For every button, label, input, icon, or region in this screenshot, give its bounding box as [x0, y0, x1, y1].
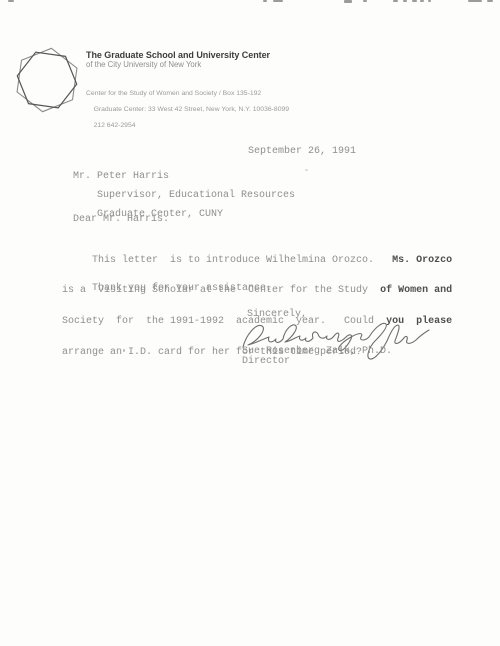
scanned-letter-page: The Graduate School and University Cente…: [0, 0, 500, 646]
thank-you-line: Thank you for your assistance.: [62, 284, 272, 294]
scan-artifact: [487, 0, 493, 2]
emphasized-text: you please: [386, 316, 452, 327]
emphasized-text: of Women and: [380, 285, 452, 296]
letter-date: September 26, 1991: [248, 147, 356, 157]
scan-artifact: [344, 0, 352, 3]
recipient-name: Mr. Peter Harris: [73, 171, 169, 182]
org-subtitle: of the City University of New York: [86, 60, 201, 69]
scan-artifact: [412, 0, 417, 2]
org-name: The Graduate School and University Cente…: [86, 50, 270, 60]
scan-artifact: [403, 0, 407, 2]
dept-line: Center for the Study of Women and Societ…: [86, 90, 261, 97]
letterhead-contact-block: Center for the Study of Women and Societ…: [86, 90, 289, 138]
scan-artifact: [468, 0, 482, 2]
scan-artifact: [273, 0, 283, 2]
valediction: Sincerely,: [247, 310, 307, 320]
recipient-title: Supervisor, Educational Resources: [97, 190, 295, 201]
overlapping-hexagons-logo: [14, 46, 80, 114]
emphasized-text: Ms. Orozco: [392, 255, 452, 266]
scan-artifact: [263, 0, 267, 2]
signer-title: Director: [242, 357, 290, 367]
scan-artifact: [428, 0, 431, 2]
salutation: Dear Mr. Harris:: [73, 215, 169, 225]
scan-artifact: [8, 0, 14, 2]
phone-line: 212 642-2954: [94, 122, 136, 129]
scan-artifact: [393, 0, 398, 2]
scan-artifact: [363, 0, 367, 2]
scan-speck: [305, 169, 308, 171]
scan-artifact: [420, 0, 424, 2]
address-line: Graduate Center: 33 West 42 Street, New …: [94, 106, 289, 113]
body-line: This letter is to introduce Wilhelmina O…: [62, 256, 452, 266]
